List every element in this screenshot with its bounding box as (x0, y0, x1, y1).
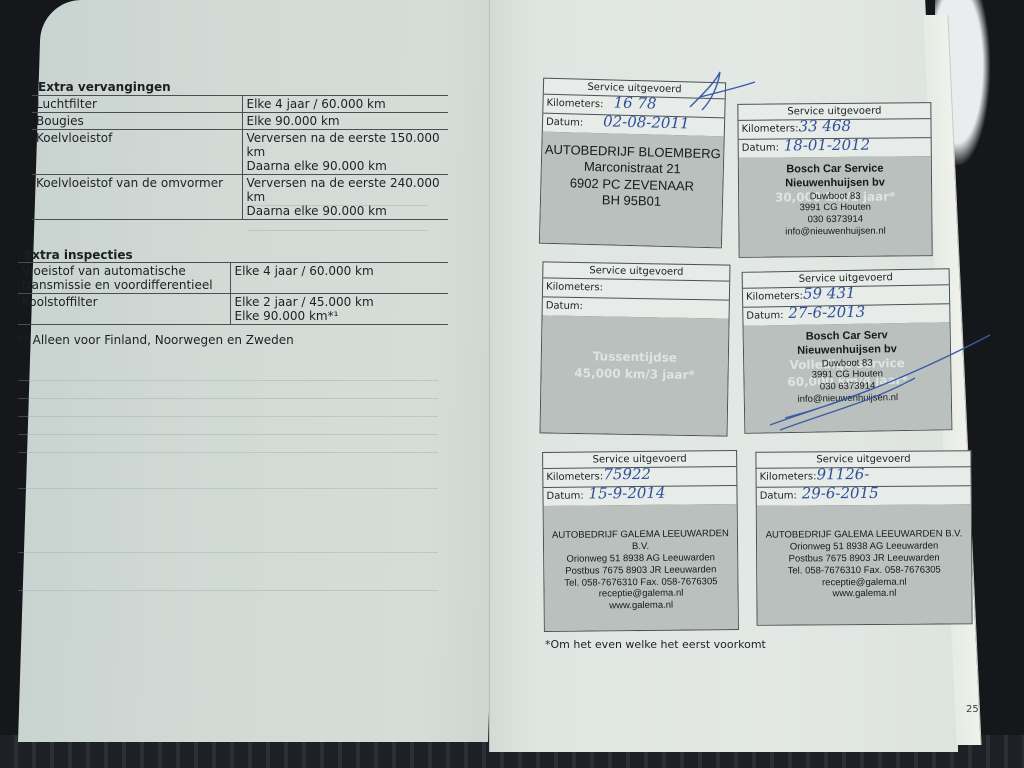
stamp-line: AUTOBEDRIJF GALEMA LEEUWARDEN B.V. (544, 528, 737, 554)
bleed-through-line (18, 416, 438, 417)
table-row: BougiesElke 90.000 km (32, 113, 448, 130)
signature-scribble (765, 330, 995, 440)
date-label: Datum: (742, 142, 779, 153)
interval-cell: Verversen na de eerste 150.000 kmDaarna … (242, 130, 448, 175)
table-row: Vloeistof van automatischetransmissie en… (18, 263, 448, 294)
item-cell: Koolstoffilter (18, 294, 230, 325)
printed-line: 45,000 km/3 jaar* (541, 364, 727, 384)
service-card: Service uitgevoerdKilometers:91126-Datum… (755, 450, 972, 626)
stamp-line: Postbus 7675 8903 JR Leeuwarden (757, 552, 971, 565)
dealer-stamp: AUTOBEDRIJF GALEMA LEEUWARDEN B.V.Orionw… (544, 528, 738, 613)
date-value: 02-08-2011 (603, 112, 690, 132)
interval-cell: Elke 90.000 km (242, 113, 448, 130)
bleed-through-line (18, 488, 438, 489)
printed-service-type: Tussentijdse45,000 km/3 jaar* (541, 347, 728, 384)
date-label: Datum: (746, 310, 783, 322)
date-label: Datum: (760, 490, 797, 501)
kilometers-value: 91126- (816, 465, 869, 483)
interval-cell: Elke 4 jaar / 60.000 km (230, 263, 448, 294)
bottom-note: *Om het even welke het eerst voorkomt (545, 638, 766, 651)
stamp-line: info@nieuwenhuijsen.nl (739, 225, 931, 239)
table-row: LuchtfilterElke 4 jaar / 60.000 km (32, 96, 448, 113)
table-row: KoolstoffilterElke 2 jaar / 45.000 kmElk… (18, 294, 448, 325)
stamp-line: BH 95B01 (541, 190, 722, 211)
interval-cell: Elke 4 jaar / 60.000 km (242, 96, 448, 113)
date-value: 18-01-2012 (784, 136, 871, 155)
card-body: AUTOBEDRIJF GALEMA LEEUWARDEN B.V.Orionw… (544, 504, 738, 631)
bleed-through-line (18, 552, 438, 553)
table-row: Koelvloeistof van de omvormerVerversen n… (32, 175, 448, 220)
date-value: 27-6-2013 (788, 303, 865, 322)
date-label: Datum: (546, 300, 583, 312)
bleed-through-line (18, 590, 438, 591)
kilometers-value: 59 431 (803, 284, 856, 303)
extra-replacements-title: Extra vervangingen (38, 80, 171, 94)
left-page-content: Extra vervangingen LuchtfilterElke 4 jaa… (18, 0, 488, 742)
item-cell: Koelvloeistof van de omvormer (32, 175, 242, 220)
page-number: 25 (966, 704, 979, 715)
interval-cell: Verversen na de eerste 240.000 kmDaarna … (242, 175, 448, 220)
stamp-line: Tel. 058-7676310 Fax. 058-7676305 (544, 575, 737, 589)
card-body: AUTOBEDRIJF BLOEMBERGMarconistraat 21690… (540, 132, 724, 248)
service-card: Service uitgevoerdKilometers:33 468Datum… (737, 102, 932, 258)
bleed-through-line (18, 434, 438, 435)
kilometers-label: Kilometers: (746, 291, 803, 303)
kilometers-label: Kilometers: (546, 281, 603, 293)
extra-inspections-table: Vloeistof van automatischetransmissie en… (18, 262, 448, 325)
extra-inspections-title: Extra inspecties (24, 248, 133, 262)
dealer-stamp: Bosch Car ServiceNieuwenhuijsen bvDuwboo… (739, 162, 932, 239)
stamp-line: www.galema.nl (545, 599, 738, 613)
dealer-stamp: AUTOBEDRIJF BLOEMBERGMarconistraat 21690… (541, 142, 724, 212)
kilometers-label: Kilometers: (760, 471, 817, 482)
bleed-through-line (18, 398, 438, 399)
kilometers-value: 33 468 (798, 117, 851, 135)
stamp-line: www.galema.nl (757, 588, 971, 601)
bleed-through-line (18, 452, 438, 453)
kilometers-label: Kilometers: (742, 123, 799, 134)
card-body: Tussentijdse45,000 km/3 jaar* (541, 315, 729, 435)
stamp-line: AUTOBEDRIJF GALEMA LEEUWARDEN B.V. (757, 528, 971, 541)
table-row: KoelvloeistofVerversen na de eerste 150.… (32, 130, 448, 175)
date-value: 29-6-2015 (802, 484, 879, 503)
extra-replacements-table: LuchtfilterElke 4 jaar / 60.000 kmBougie… (32, 95, 448, 220)
footnote: *¹ Alleen voor Finland, Noorwegen en Zwe… (18, 333, 294, 347)
item-cell: Bougies (32, 113, 242, 130)
bleed-through-line (18, 380, 438, 381)
kilometers-label: Kilometers: (546, 471, 603, 483)
kilometers-label: Kilometers: (546, 98, 603, 110)
interval-cell: Elke 2 jaar / 45.000 kmElke 90.000 km*¹ (230, 294, 448, 325)
card-body: AUTOBEDRIJF GALEMA LEEUWARDEN B.V.Orionw… (757, 504, 972, 624)
kilometers-value: 75922 (603, 465, 651, 483)
date-label: Datum: (546, 491, 583, 502)
item-cell: Koelvloeistof (32, 130, 242, 175)
service-card: Service uitgevoerdKilometers:75922Datum:… (542, 450, 739, 632)
service-card: Service uitgevoerdKilometers:Datum:Tusse… (540, 261, 731, 436)
date-value: 15-9-2014 (588, 484, 665, 503)
dealer-stamp: AUTOBEDRIJF GALEMA LEEUWARDEN B.V.Orionw… (757, 528, 971, 601)
item-cell: Luchtfilter (32, 96, 242, 113)
date-label: Datum: (546, 117, 583, 129)
signature-scribble (680, 62, 760, 122)
card-body: 30,000 km/1 jaar*Bosch Car ServiceNieuwe… (739, 156, 932, 257)
kilometers-value: 16 78 (613, 93, 656, 112)
item-cell: Vloeistof van automatischetransmissie en… (18, 263, 230, 294)
stamp-line: Tel. 058-7676310 Fax. 058-7676305 (757, 564, 971, 577)
bleed-through-line (248, 230, 428, 231)
